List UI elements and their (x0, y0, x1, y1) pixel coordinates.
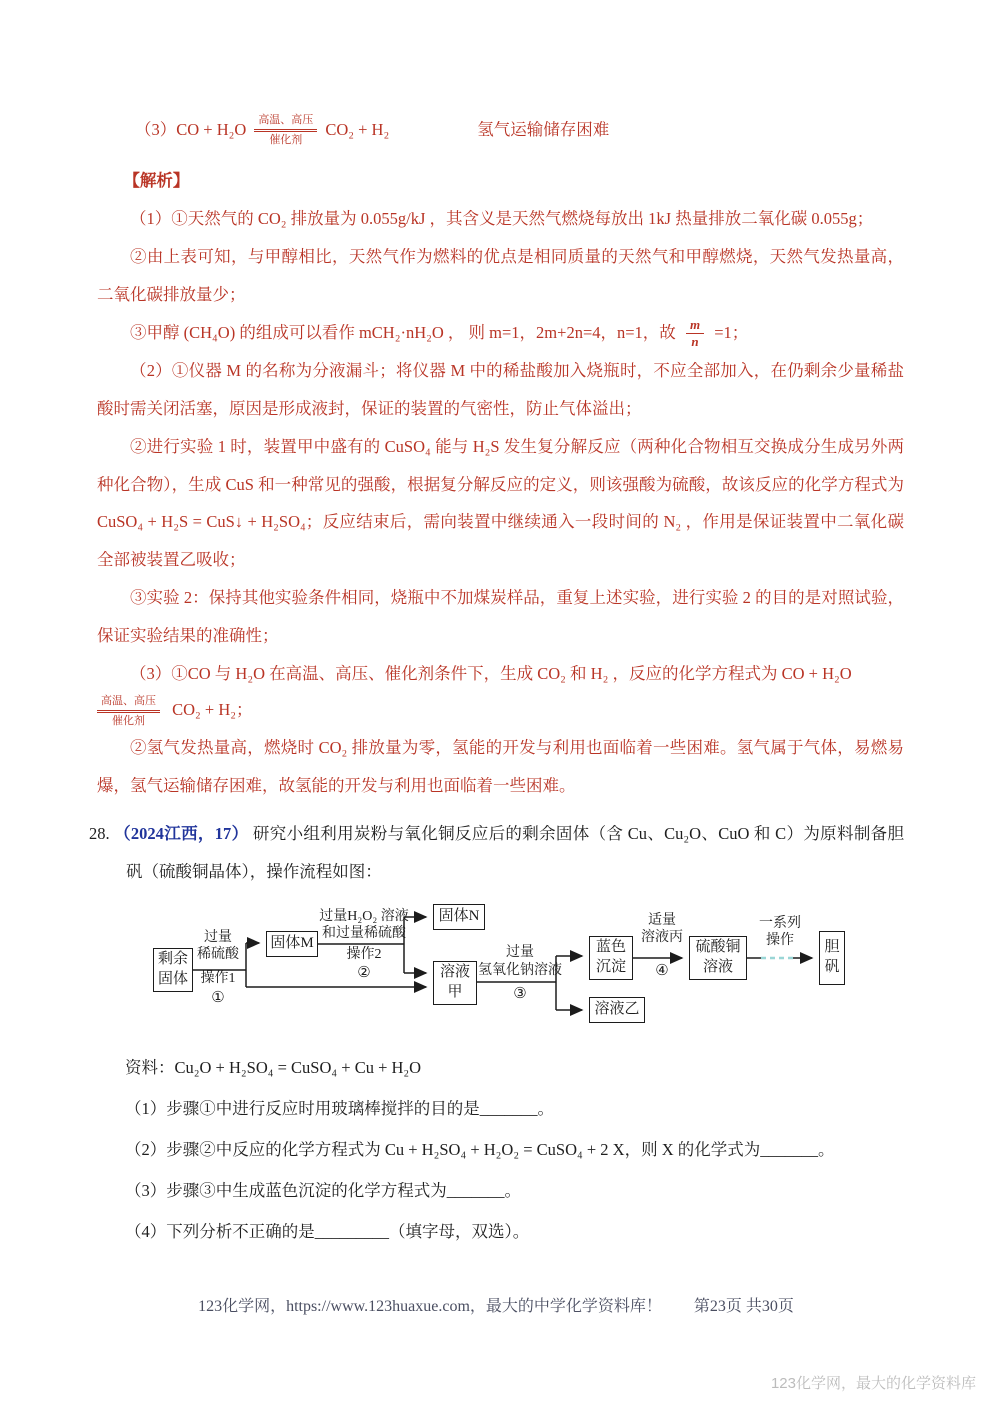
footer-site-info: 123化学网，https://www.123huaxue.com，最大的中学化学… (198, 1298, 662, 1315)
analysis-paragraph-2: ②由上表可知，与甲醇相比，天然气作为燃料的优点是相同质量的天然气和甲醇燃烧，天然… (97, 238, 904, 314)
condition-top: 高温、高压 (254, 112, 317, 132)
flow-label-step3-top: 过量 (478, 945, 562, 962)
flow-label-step2-circle: ② (307, 964, 421, 982)
analysis-paragraph-4: （2）①仪器 M 的名称为分液漏斗；将仪器 M 中的稀盐酸加入烧瓶时，不应全部加… (97, 352, 904, 428)
step2-reagent-line2: 和过量稀硫酸 (307, 926, 421, 943)
material-equation: 资料：Cu₂O + H₂SO₄ = CuSO₄ + Cu + H₂O (125, 1049, 904, 1087)
sub-question-2: （2）步骤②中反应的化学方程式为 Cu + H₂SO₄ + H₂O₂ = CuS… (125, 1131, 904, 1169)
equation-reactants: （3）CO + H₂O (135, 117, 246, 143)
flow-label-step3-mid: 氢氧化钠溶液 (478, 963, 562, 980)
step4-reagent-line1: 适量 (625, 913, 699, 930)
condition-2-bottom: 催化剂 (108, 713, 149, 730)
flow-label-series-ops: 一系列 操作 (741, 916, 819, 950)
sub-question-4: （4）下列分析不正确的是_________（填字母，双选）。 (125, 1213, 904, 1251)
analysis-paragraph-3: ③甲醇 (CH₄O) 的组成可以看作 mCH₂·nH₂O ， 则 m=1，2m+… (97, 314, 904, 352)
flow-label-step3-circle: ③ (478, 985, 562, 1003)
step1-reagent-line2: 稀硫酸 (181, 947, 255, 964)
paragraph-3-text: ③甲醇 (CH₄O) 的组成可以看作 mCH₂·nH₂O ， 则 m=1，2m+… (130, 323, 676, 342)
watermark-text: 123化学网，最大的化学资料库 (771, 1372, 976, 1393)
page-footer: 123化学网，https://www.123huaxue.com，最大的中学化学… (0, 1293, 992, 1316)
paragraph-3-tail: =1； (714, 323, 748, 342)
flow-label-step4-circle: ④ (625, 962, 699, 980)
flow-label-step4: 适量 溶液丙 (625, 913, 699, 947)
flow-box-solution-yi: 溶液乙 (589, 997, 645, 1023)
analysis-paragraph-6: ③实验 2：保持其他实验条件相同，烧瓶中不加煤炭样品，重复上述实验，进行实验 2… (97, 579, 904, 655)
analysis-paragraph-1: （1）①天然气的 CO₂ 排放量为 0.055g/kJ ，其含义是天然气燃烧每放… (97, 200, 904, 238)
fraction-denominator: n (691, 334, 698, 351)
condition-2-top: 高温、高压 (97, 693, 160, 713)
reaction-condition-2: 高温、高压 催化剂 (97, 693, 160, 729)
analysis-paragraph-7-continuation: 高温、高压 催化剂 CO₂ + H₂； (97, 693, 904, 729)
flow-label-step2-op: 操作2 (307, 947, 421, 964)
sub-question-3: （3）步骤③中生成蓝色沉淀的化学方程式为_______。 (125, 1172, 904, 1210)
analysis-paragraph-5: ②进行实验 1 时，装置甲中盛有的 CuSO₄ 能与 H₂S 发生复分解反应（两… (97, 428, 904, 580)
footer-page-number: 第23页 共30页 (694, 1298, 794, 1315)
document-page: （3）CO + H₂O 高温、高压 催化剂 CO₂ + H₂ 氢气运输储存困难 … (0, 0, 992, 1403)
step4-reagent-line2: 溶液丙 (625, 930, 699, 947)
condition-bottom: 催化剂 (265, 132, 306, 149)
process-flow-diagram: 剩余固体 固体M 固体N 溶液甲 蓝色沉淀 溶液乙 硫酸铜溶液 胆矾 过量 稀硫… (129, 903, 891, 1033)
equation-2-products: CO₂ + H₂； (172, 700, 252, 719)
step2-reagent-line1: 过量H₂O₂ 溶液 (307, 909, 421, 926)
fraction-m-over-n: m n (686, 317, 704, 352)
answer-equation-line: （3）CO + H₂O 高温、高压 催化剂 CO₂ + H₂ 氢气运输储存困难 (97, 112, 904, 148)
sub-question-1: （1）步骤①中进行反应时用玻璃棒搅拌的目的是_______。 (125, 1090, 904, 1128)
reaction-condition: 高温、高压 催化剂 (254, 112, 317, 148)
fraction-numerator: m (686, 317, 704, 335)
series-ops-line1: 一系列 (741, 916, 819, 933)
series-ops-line2: 操作 (741, 933, 819, 950)
question-28-stem: 28. （2024江西，17） 研究小组利用炭粉与氧化铜反应后的剩余固体（含 C… (89, 815, 904, 891)
answer-note: 氢气运输储存困难 (477, 117, 609, 143)
flow-label-step1-op: 操作1 (181, 971, 255, 988)
flow-box-solution-jia: 溶液甲 (433, 961, 477, 1005)
flow-box-danfan: 胆矾 (819, 931, 845, 985)
analysis-paragraph-8: ②氢气发热量高，燃烧时 CO₂ 排放量为零，氢能的开发与利用也面临着一些困难。氢… (97, 729, 904, 805)
flow-box-solid-n: 固体N (433, 904, 485, 930)
step1-reagent-line1: 过量 (181, 930, 255, 947)
equation-products: CO₂ + H₂ (325, 117, 389, 143)
question-source-tag: （2024江西，17） (114, 824, 248, 843)
flow-label-step1-circle: ① (181, 989, 255, 1007)
page-content: （3）CO + H₂O 高温、高压 催化剂 CO₂ + H₂ 氢气运输储存困难 … (0, 0, 992, 1251)
flow-label-step2: 过量H₂O₂ 溶液 和过量稀硫酸 (307, 909, 421, 943)
flow-label-step1: 过量 稀硫酸 (181, 930, 255, 964)
analysis-paragraph-7: （3）①CO 与 H₂O 在高温、高压、催化剂条件下，生成 CO₂ 和 H₂ ，… (97, 655, 904, 693)
question-number: 28. (89, 824, 110, 843)
analysis-section-label: 【解析】 (97, 162, 904, 200)
